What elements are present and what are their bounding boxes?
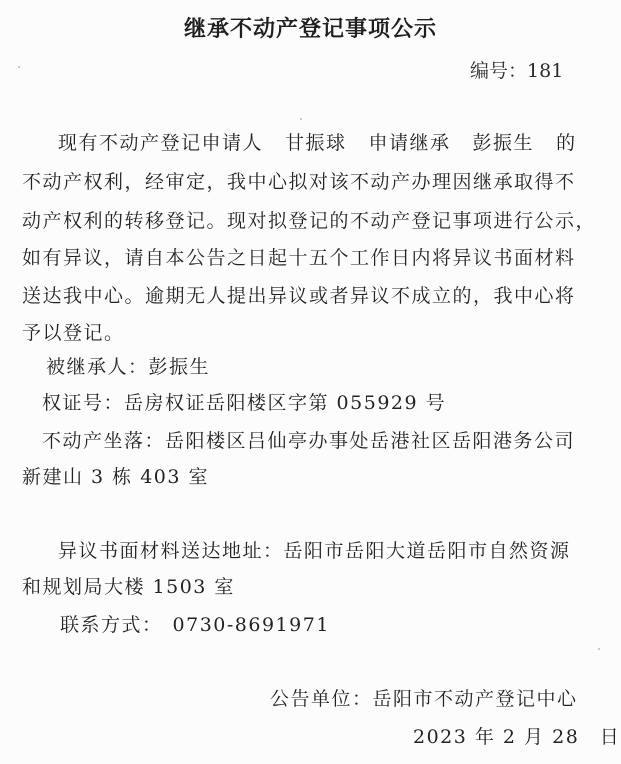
location-label: 不动产坐落： <box>42 430 165 452</box>
document-number-label: 编号： <box>470 60 527 82</box>
intro-suffix: 的 <box>556 132 577 154</box>
contact-row: 联系方式：0730-8691971 <box>60 610 330 637</box>
document-number-value: 181 <box>527 60 563 82</box>
body-line-4: 送达我中心。逾期无人提出异议或者异议不成立的，我中心将 <box>22 281 576 308</box>
objection-address-row: 异议书面材料送达地址：岳阳市岳阳大道岳阳市自然资源 <box>58 536 571 563</box>
body-line-3: 如有异议，请自本公告之日起十五个工作日内将异议书面材料 <box>22 243 576 270</box>
document-number: 编号：181 <box>470 56 563 83</box>
decedent-label: 被继承人： <box>46 356 149 378</box>
notice-page: 继承不动产登记事项公示 编号：181 现有不动产登记申请人甘振球申请继承彭振生的… <box>0 0 621 764</box>
intro-line: 现有不动产登记申请人甘振球申请继承彭振生的 <box>58 128 577 155</box>
intro-prefix: 现有不动产登记申请人 <box>58 132 263 154</box>
contact-label: 联系方式： <box>60 614 163 636</box>
contact-phone: 0730-8691971 <box>173 614 330 636</box>
location-row: 不动产坐落：岳阳楼区吕仙亭办事处岳港社区岳阳港务公司 <box>42 426 575 453</box>
location-value-line2: 新建山 3 栋 403 室 <box>22 462 209 489</box>
issuer-label: 公告单位： <box>270 688 373 710</box>
objection-address-line1: 岳阳市岳阳大道岳阳市自然资源 <box>284 540 571 562</box>
certificate-label: 权证号： <box>42 392 124 414</box>
body-line-2: 动产权利的转移登记。现对拟登记的不动产登记事项进行公示， <box>22 206 596 233</box>
decedent-value: 彭振生 <box>149 356 211 378</box>
intro-middle: 申请继承 <box>369 132 451 154</box>
document-title: 继承不动产登记事项公示 <box>0 12 621 43</box>
body-line-1: 不动产权利，经审定，我中心拟对该不动产办理因继承取得不 <box>22 167 576 194</box>
scan-speck <box>18 66 20 68</box>
issue-date: 2023 年 2 月 28 日 <box>413 722 620 749</box>
objection-address-label: 异议书面材料送达地址： <box>58 540 284 562</box>
body-line-5: 予以登记。 <box>22 318 125 345</box>
applicant-name: 甘振球 <box>285 132 347 154</box>
decedent-row: 被继承人：彭振生 <box>46 352 210 379</box>
scan-speck <box>598 648 600 650</box>
scan-speck <box>300 118 302 120</box>
issuer-row: 公告单位：岳阳市不动产登记中心 <box>270 684 578 711</box>
decedent-name-inline: 彭振生 <box>473 132 535 154</box>
issuer-value: 岳阳市不动产登记中心 <box>373 688 578 710</box>
objection-address-line2: 和规划局大楼 1503 室 <box>22 572 235 599</box>
location-value-line1: 岳阳楼区吕仙亭办事处岳港社区岳阳港务公司 <box>165 430 575 452</box>
certificate-row: 权证号：岳房权证岳阳楼区字第 055929 号 <box>42 388 446 415</box>
certificate-value: 岳房权证岳阳楼区字第 055929 号 <box>124 392 446 414</box>
